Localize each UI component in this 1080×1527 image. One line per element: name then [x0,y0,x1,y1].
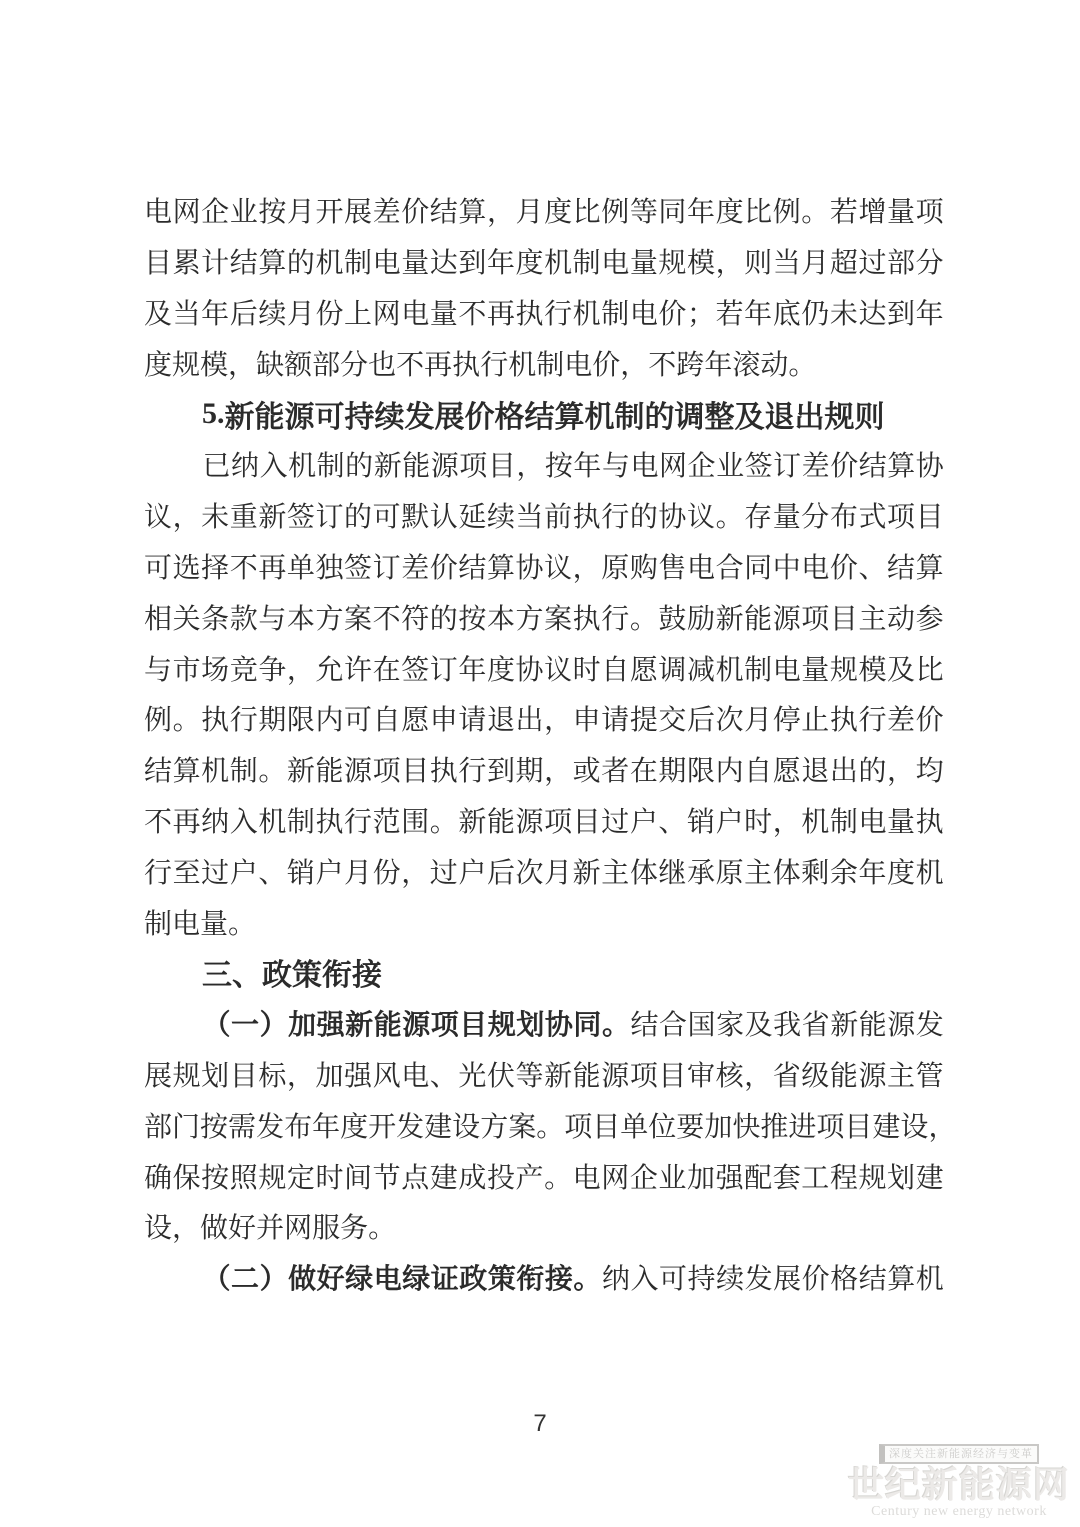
text-line: 可选择不再单独签订差价结算协议，原购售电合同中电价、结算 [144,541,944,592]
text-line: （二）做好绿电绿证政策衔接。纳入可持续发展价格结算机 [144,1252,944,1303]
text-line: 与市场竞争，允许在签订年度协议时自愿调减机制电量规模及比 [144,642,944,693]
text-line: 目累计结算的机制电量达到年度机制电量规模，则当月超过部分 [144,236,944,287]
text-line: 已纳入机制的新能源项目，按年与电网企业签订差价结算协 [144,439,944,490]
text-line: （一）加强新能源项目规划协同。结合国家及我省新能源发 [144,998,944,1049]
document-page: 电网企业按月开展差价结算，月度比例等同年度比例。若增量项目累计结算的机制电量达到… [0,0,1080,1527]
heading-line: 5.新能源可持续发展价格结算机制的调整及退出规则 [144,388,944,439]
text-line: 结算机制。新能源项目执行到期，或者在期限内自愿退出的，均 [144,744,944,795]
text-line: 不再纳入机制执行范围。新能源项目过户、销户时，机制电量执 [144,795,944,846]
first-line-indent [144,1023,202,1024]
text-line: 行至过户、销户月份，过户后次月新主体继承原主体剩余年度机 [144,845,944,896]
text-line: 部门按需发布年度开发建设方案。项目单位要加快推进项目建设， [144,1099,944,1150]
watermark-tagline: 深度关注新能源经济与变革 [879,1444,1039,1464]
watermark: 深度关注新能源经济与变革 世纪新能源网 Century new energy n… [845,1444,1073,1519]
text-line: 相关条款与本方案不符的按本方案执行。鼓励新能源项目主动参 [144,591,944,642]
first-line-indent [144,413,202,414]
text-line: 展规划目标，加强风电、光伏等新能源项目审核，省级能源主管 [144,1049,944,1100]
first-line-indent [144,972,202,973]
text-line: 电网企业按月开展差价结算，月度比例等同年度比例。若增量项 [144,185,944,236]
page-number: 7 [0,1410,1080,1438]
text-line: 及当年后续月份上网电量不再执行机制电价；若年底仍未达到年 [144,287,944,338]
first-line-indent [144,1277,202,1278]
watermark-subtitle: Century new energy network [871,1504,1047,1519]
text-line: 例。执行期限内可自愿申请退出，申请提交后次月停止执行差价 [144,693,944,744]
text-line: 议，未重新签订的可默认延续当前执行的协议。存量分布式项目 [144,490,944,541]
heading-line: 三、政策衔接 [144,947,944,998]
text-line: 设，做好并网服务。 [144,1201,944,1252]
first-line-indent [144,464,202,465]
watermark-title: 世纪新能源网 [848,1466,1070,1504]
text-line: 度规模，缺额部分也不再执行机制电价，不跨年滚动。 [144,337,944,388]
text-line: 确保按照规定时间节点建成投产。电网企业加强配套工程规划建 [144,1150,944,1201]
text-line: 制电量。 [144,896,944,947]
text-block: 电网企业按月开展差价结算，月度比例等同年度比例。若增量项目累计结算的机制电量达到… [144,185,944,1303]
